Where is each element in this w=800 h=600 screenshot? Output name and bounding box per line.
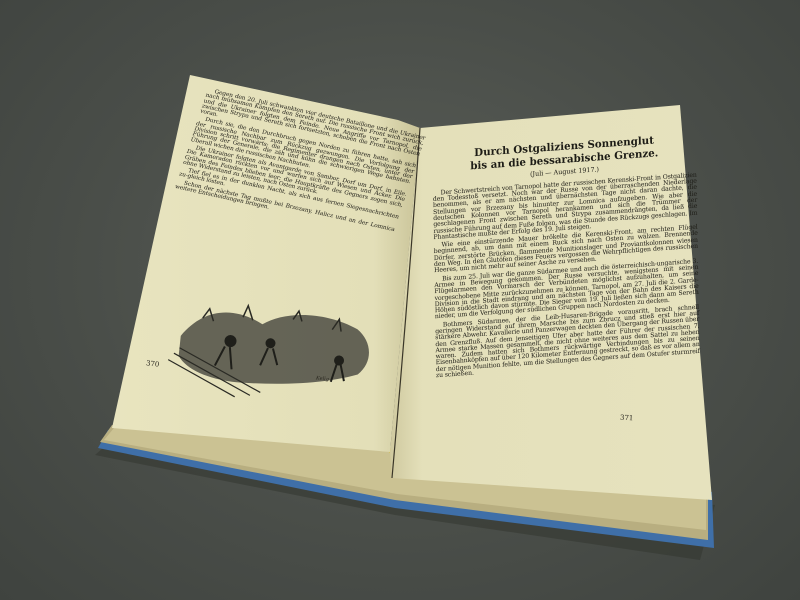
left-page-number: 370 [146,359,160,368]
photo-scene: Gegen den 20. Juli schwankten vier deuts… [0,0,800,600]
right-page-text: Durch Ostgaliziens Sonnenglut bis an die… [432,132,700,382]
illustration-signature: Kelig [316,375,330,382]
right-page-number: 371 [620,414,634,423]
